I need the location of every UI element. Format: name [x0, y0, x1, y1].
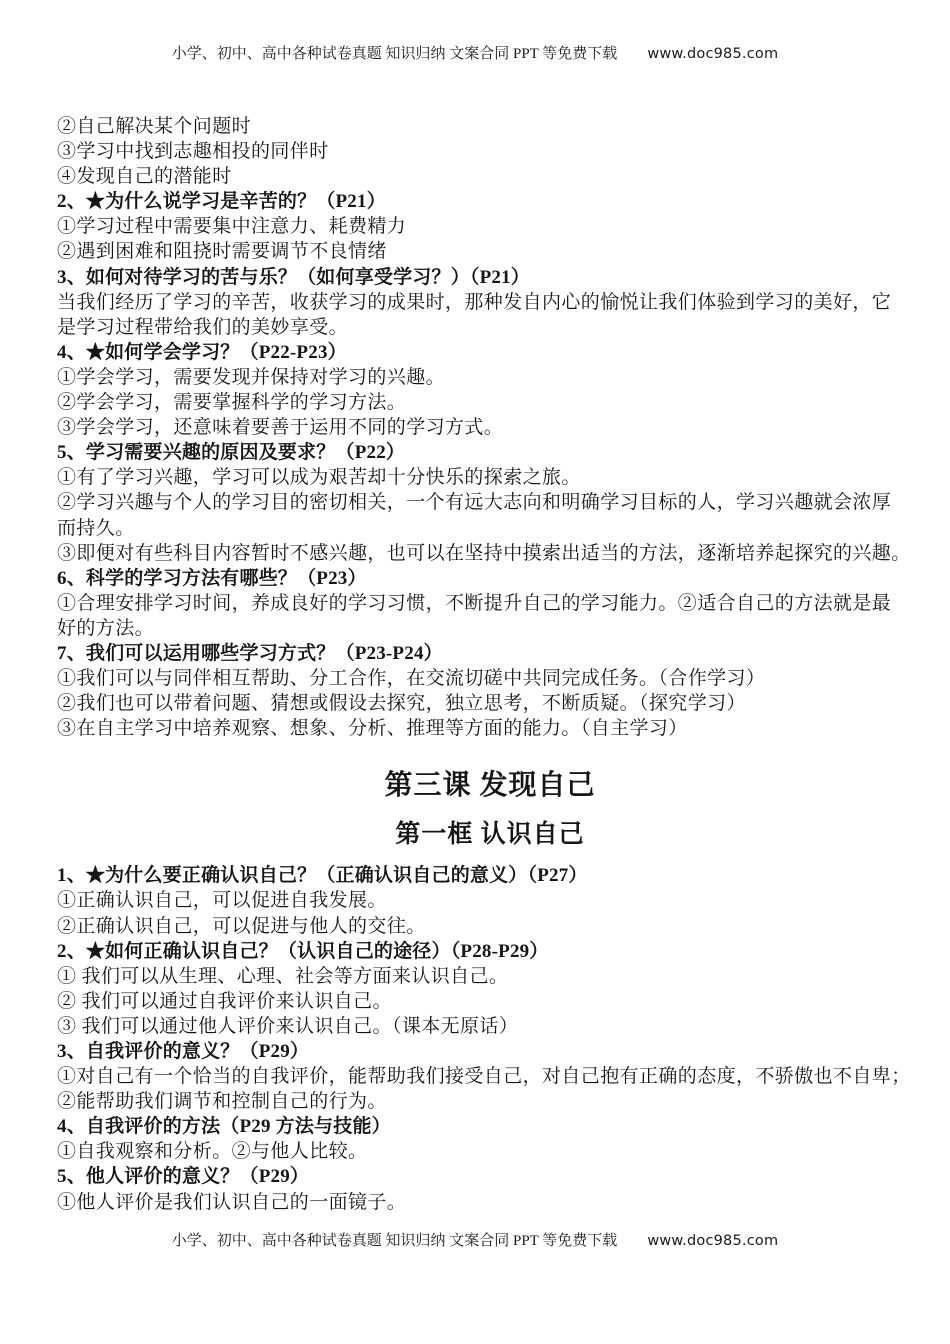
answer-line: ③在自主学习中培养观察、想象、分析、推理等方面的能力。（自主学习） [57, 716, 923, 741]
answer-line: ①对自己有一个恰当的自我评价，能帮助我们接受自己，对自己抱有正确的态度，不骄傲也… [57, 1064, 923, 1089]
answer-line: ②自己解决某个问题时 [57, 114, 923, 139]
answer-line: 当我们经历了学习的辛苦，收获学习的成果时，那种发自内心的愉悦让我们体验到学习的美… [57, 290, 923, 315]
question-line: 5、学习需要兴趣的原因及要求？（P22） [57, 440, 923, 465]
answer-line: ④发现自己的潜能时 [57, 164, 923, 189]
answer-line: ③ 我们可以通过他人评价来认识自己。（课本无原话） [57, 1014, 923, 1039]
answer-line: ③学会学习，还意味着要善于运用不同的学习方式。 [57, 415, 923, 440]
chapter-heading: 第三课 发现自己 [57, 769, 923, 803]
answer-line: ① 我们可以从生理、心理、社会等方面来认识自己。 [57, 964, 923, 989]
answer-line: ①正确认识自己，可以促进自我发展。 [57, 888, 923, 913]
footer-site-url[interactable]: www.doc985.com [647, 1233, 778, 1249]
question-line: 7、我们可以运用哪些学习方式？（P23-P24） [57, 641, 923, 666]
answer-line: ③即便对有些科目内容暂时不感兴趣，也可以在坚持中摸索出适当的方法，逐渐培养起探究… [57, 541, 923, 566]
answer-line: ①合理安排学习时间，养成良好的学习习惯，不断提升自己的学习能力。②适合自己的方法… [57, 591, 923, 616]
answer-line: 好的方法。 [57, 616, 923, 641]
answer-line: ②能帮助我们调节和控制自己的行为。 [57, 1089, 923, 1114]
answer-line: ①我们可以与同伴相互帮助、分工合作，在交流切磋中共同完成任务。（合作学习） [57, 666, 923, 691]
question-line: 6、科学的学习方法有哪些？（P23） [57, 566, 923, 591]
answer-line: ②学会学习，需要掌握科学的学习方法。 [57, 390, 923, 415]
footer-text: 小学、初中、高中各种试卷真题 知识归纳 文案合同 PPT 等免费下载 [172, 1233, 618, 1249]
answer-line: ③学习中找到志趣相投的同伴时 [57, 139, 923, 164]
header-site-url[interactable]: www.doc985.com [647, 46, 778, 62]
answer-line: ①学会学习，需要发现并保持对学习的兴趣。 [57, 365, 923, 390]
question-line: 2、★如何正确认识自己？（认识自己的途径）（P28-P29） [57, 939, 923, 964]
question-line: 3、自我评价的意义？（P29） [57, 1039, 923, 1064]
answer-line: ①有了学习兴趣，学习可以成为艰苦却十分快乐的探索之旅。 [57, 465, 923, 490]
document-content: ②自己解决某个问题时③学习中找到志趣相投的同伴时④发现自己的潜能时2、★为什么说… [57, 114, 923, 1215]
answer-line: ②学习兴趣与个人的学习目的密切相关，一个有远大志向和明确学习目标的人，学习兴趣就… [57, 490, 923, 515]
question-line: 1、★为什么要正确认识自己？（正确认识自己的意义）（P27） [57, 863, 923, 888]
answer-line: ②正确认识自己，可以促进与他人的交往。 [57, 914, 923, 939]
page-footer: 小学、初中、高中各种试卷真题 知识归纳 文案合同 PPT 等免费下载www.do… [0, 1229, 950, 1250]
answer-line: ②我们也可以带着问题、猜想或假设去探究，独立思考，不断质疑。（探究学习） [57, 691, 923, 716]
answer-line: ② 我们可以通过自我评价来认识自己。 [57, 989, 923, 1014]
question-line: 4、自我评价的方法（P29 方法与技能） [57, 1114, 923, 1139]
answer-line: ②遇到困难和阻挠时需要调节不良情绪 [57, 239, 923, 264]
answer-line: 是学习过程带给我们的美妙享受。 [57, 315, 923, 340]
answer-line: ①自我观察和分析。②与他人比较。 [57, 1139, 923, 1164]
question-line: 4、★如何学会学习？（P22-P23） [57, 340, 923, 365]
answer-line: ①他人评价是我们认识自己的一面镜子。 [57, 1190, 923, 1215]
answer-line: 而持久。 [57, 516, 923, 541]
question-line: 3、如何对待学习的苦与乐？（如何享受学习？）（P21） [57, 265, 923, 290]
document-page: 小学、初中、高中各种试卷真题 知识归纳 文案合同 PPT 等免费下载www.do… [0, 0, 950, 1344]
answer-line: ①学习过程中需要集中注意力、耗费精力 [57, 214, 923, 239]
header-text: 小学、初中、高中各种试卷真题 知识归纳 文案合同 PPT 等免费下载 [172, 46, 618, 62]
page-header: 小学、初中、高中各种试卷真题 知识归纳 文案合同 PPT 等免费下载www.do… [0, 42, 950, 63]
question-line: 5、他人评价的意义？（P29） [57, 1164, 923, 1189]
question-line: 2、★为什么说学习是辛苦的？（P21） [57, 189, 923, 214]
section-heading: 第一框 认识自己 [57, 819, 923, 851]
